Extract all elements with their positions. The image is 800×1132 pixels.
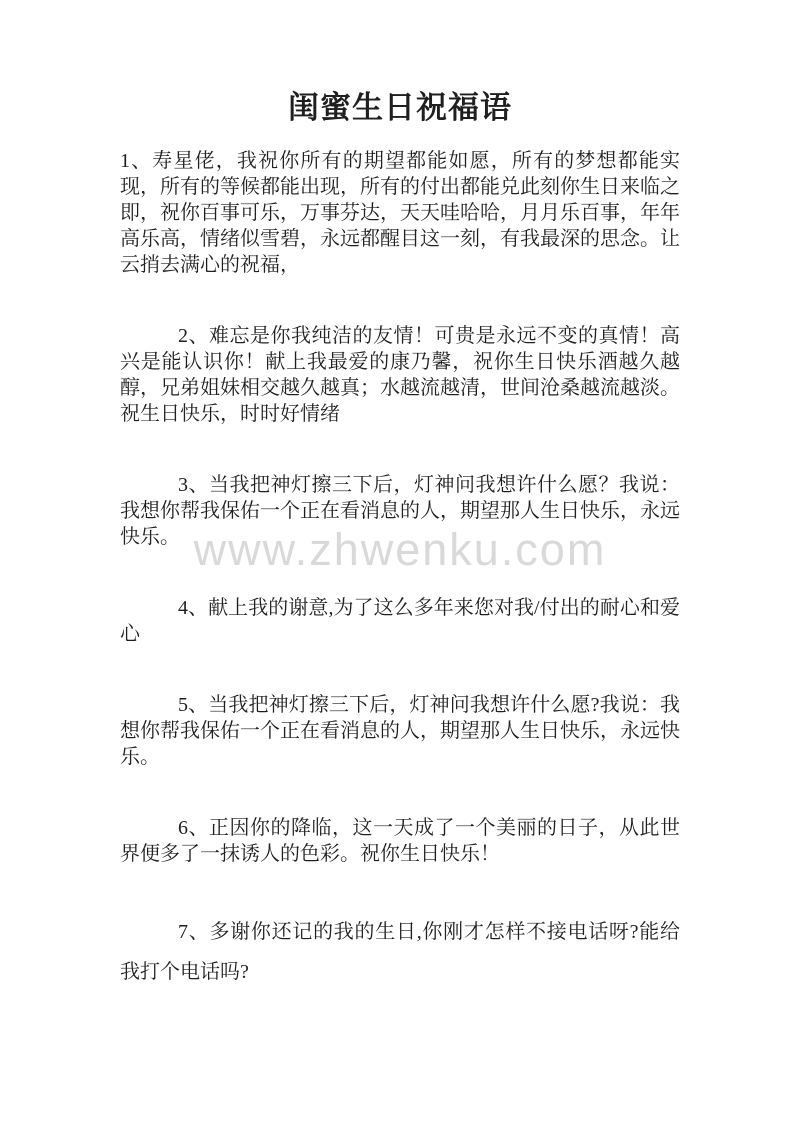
- paragraph: 7、多谢你还记的我的生日,你刚才怎样不接电话呀?能给我打个电话吗?: [120, 912, 680, 992]
- document-title: 闺蜜生日祝福语: [120, 90, 680, 126]
- paragraph: 3、当我把神灯擦三下后，灯神问我想许什么愿？我说：我想你帮我保佑一个正在看消息的…: [120, 472, 680, 550]
- paragraph: 2、难忘是你我纯洁的友情！可贵是永远不变的真情！高兴是能认识你！献上我最爱的康乃…: [120, 323, 680, 427]
- paragraph: 5、当我把神灯擦三下后，灯神问我想许什么愿?我说：我想你帮我保佑一个正在看消息的…: [120, 692, 680, 770]
- paragraph-list: 1、寿星佬，我祝你所有的期望都能如愿，所有的梦想都能实现，所有的等候都能出现，所…: [120, 148, 680, 992]
- paragraph: 6、正因你的降临，这一天成了一个美丽的日子，从此世界便多了一抹诱人的色彩。祝你生…: [120, 815, 680, 867]
- document-page: 闺蜜生日祝福语 1、寿星佬，我祝你所有的期望都能如愿，所有的梦想都能实现，所有的…: [0, 0, 800, 1132]
- paragraph: 1、寿星佬，我祝你所有的期望都能如愿，所有的梦想都能实现，所有的等候都能出现，所…: [120, 148, 680, 278]
- paragraph: 4、献上我的谢意,为了这么多年来您对我/付出的耐心和爱心: [120, 595, 680, 647]
